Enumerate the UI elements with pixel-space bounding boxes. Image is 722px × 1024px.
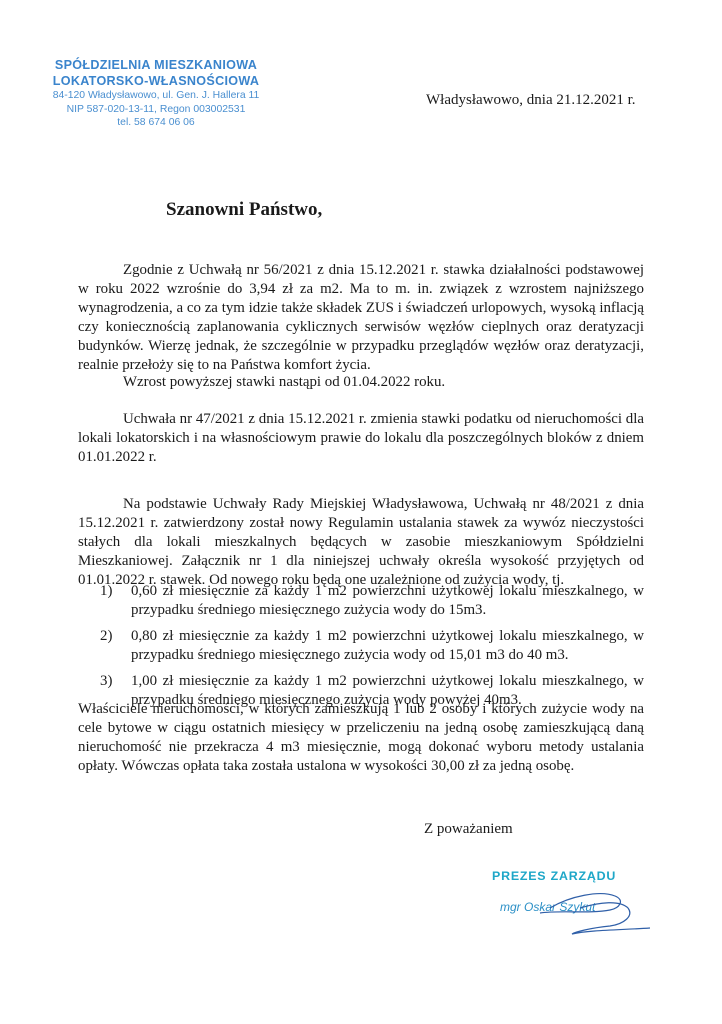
greeting: Szanowni Państwo, — [166, 199, 322, 221]
list-item: 2) 0,80 zł miesięcznie za każdy 1 m2 pow… — [78, 627, 644, 665]
paragraph-flat-fee-option: Właściciele nieruchomości, w których zam… — [78, 700, 644, 776]
paragraph-rate-increase: Zgodnie z Uchwałą nr 56/2021 z dnia 15.1… — [78, 261, 644, 375]
list-item-number: 1) — [100, 582, 112, 601]
letter-date: Władysławowo, dnia 21.12.2021 r. — [426, 92, 636, 109]
stamp-nip-regon: NIP 587-020-13-11, Regon 003002531 — [46, 103, 266, 117]
paragraph-effective-date: Wzrost powyższej stawki nastąpi od 01.04… — [78, 373, 644, 392]
signature-title: PREZES ZARZĄDU — [492, 869, 616, 883]
list-item-number: 3) — [100, 672, 112, 691]
paragraph-property-tax: Uchwała nr 47/2021 z dnia 15.12.2021 r. … — [78, 410, 644, 467]
list-item-number: 2) — [100, 627, 112, 646]
handwritten-signature-icon — [520, 888, 660, 938]
stamp-phone: tel. 58 674 06 06 — [46, 116, 266, 130]
paragraph-waste-regulation: Na podstawie Uchwały Rady Miejskiej Wład… — [78, 495, 644, 590]
stamp-address: 84-120 Władysławowo, ul. Gen. J. Hallera… — [46, 89, 266, 103]
stamp-company-name: SPÓŁDZIELNIA MIESZKANIOWA — [46, 57, 266, 73]
list-item-text: 0,60 zł miesięcznie za każdy 1 m2 powier… — [131, 583, 644, 618]
list-item-text: 0,80 zł miesięcznie za każdy 1 m2 powier… — [131, 628, 644, 663]
stamp-company-type: LOKATORSKO-WŁASNOŚCIOWA — [46, 73, 266, 89]
rates-list: 1) 0,60 zł miesięcznie za każdy 1 m2 pow… — [78, 582, 644, 717]
company-stamp: SPÓŁDZIELNIA MIESZKANIOWA LOKATORSKO-WŁA… — [46, 57, 266, 130]
closing-salutation: Z poważaniem — [424, 821, 513, 838]
list-item: 1) 0,60 zł miesięcznie za każdy 1 m2 pow… — [78, 582, 644, 620]
